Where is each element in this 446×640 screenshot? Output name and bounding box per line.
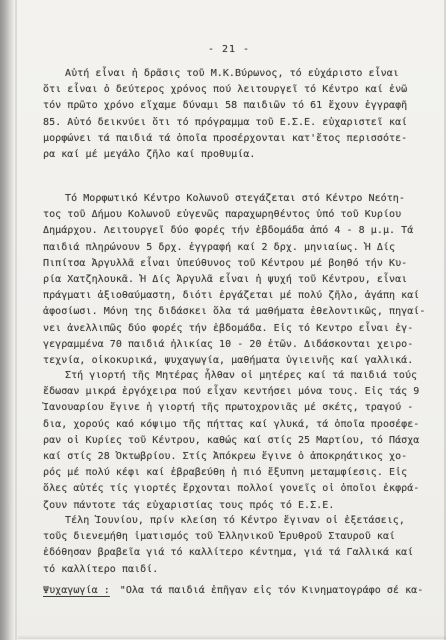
text-line: μορφώνει τά παιδιά τά ὁποῖα προσέρχονται… [43,131,423,147]
text-line: Δημάρχου. Λειτουργεῖ δύο φορές τήν ἑβδομ… [43,223,423,239]
text-line: τος τοῦ Δήμου Κολωνοῦ εὐγενῶς παραχωρηθέ… [43,207,423,223]
text-line: γεγραμμένα 70 παιδιά ἡλικίας 10 - 20 ἐτῶ… [43,337,423,353]
text-line: τοῦς διενεμήθη ἱματισμός τοῦ Ἑλληνικοῦ Ἐ… [43,529,423,545]
paragraph-kolonos-center: Τό Μορφωτικό Κέντρο Κολωνοῦ στεγάζεται σ… [43,191,423,369]
scanned-document-page: - 21 - Αὐτή εἶναι ἡ δρᾶσις τοῦ Μ.Κ.Βύρων… [0,0,446,640]
text-line: Ψυχαγωγία :"Ολα τά παιδιά ἐπῆγαν εἰς τόν… [43,583,423,599]
paragraph-byron-center-activity: Αὐτή εἶναι ἡ δρᾶσις τοῦ Μ.Κ.Βύρωνος, τό … [43,66,423,163]
text-line: Αὐτή εἶναι ἡ δρᾶσις τοῦ Μ.Κ.Βύρωνος, τό … [43,66,423,82]
text-line: ραν οἱ Κυρίες τοῦ Κέντρου, καθώς καί στί… [43,433,423,449]
text-line: δια, χορούς καό κόψιμο τῆς πήττας καί γλ… [43,417,423,433]
scan-fold-line [15,0,17,640]
section-heading-psychagogia: Ψυχαγωγία : [43,585,110,596]
text-line: ζουν πάντοτε τάς εὐχαριστίας τους πρός τ… [43,498,423,514]
text-line: πράγματι ἀξιοθαύμαστη, διότι ἐργάζεται μ… [43,288,423,304]
scan-left-edge-shadow [0,0,14,640]
text-line: τό καλλίτερο παιδί. [43,562,423,578]
text-line: καί στίς 28 Ὀκτωβρίου. Στίς Ἀπόκρεω ἔγιν… [43,449,423,465]
paragraph-exams-awards: Τέλη Ἰουνίου, πρίν κλείση τό Κέντρο ἔγιν… [43,513,423,578]
text-line: ἐδόθησαν βραβεῖα γιά τό καλλίτερο κέντημ… [43,545,423,561]
text-line: Τό Μορφωτικό Κέντρο Κολωνοῦ στεγάζεται σ… [43,191,423,207]
paragraph-celebrations: Στή γιορτή τῆς Μητέρας ἦλθαν οἱ μητέρες … [43,368,423,514]
text-line: Στή γιορτή τῆς Μητέρας ἦλθαν οἱ μητέρες … [43,368,423,384]
text-line: 85. Αὐτό δεικνύει ὅτι τό πρόγραμμα τοῦ Ε… [43,115,423,131]
paragraph-entertainment-section: Ψυχαγωγία :"Ολα τά παιδιά ἐπῆγαν εἰς τόν… [43,583,423,599]
text-line: ἀφοσίωσι. Μόνη της διδάσκει ὅλα τά μαθήμ… [43,304,423,320]
text-line: ὅτι εἶναι ὁ δεύτερος χρόνος πού λειτουργ… [43,82,423,98]
scan-bottom-edge-shadow [18,635,446,639]
page-number: - 21 - [43,44,415,55]
text-line: νει ἀνελλιπῶς δύο φορές τήν ἑβδομάδα. Εἰ… [43,321,423,337]
text-line: Ἰανουαρίου ἔγινε ἡ γιορτή τῆς πρωτοχρονι… [43,400,423,416]
text-line: Τέλη Ἰουνίου, πρίν κλείση τό Κέντρο ἔγιν… [43,513,423,529]
text-line: Πιπίτσα Ἀργυλλᾶ εἶναι ὑπεύθυνος τοῦ Κέντ… [43,256,423,272]
section-text: "Ολα τά παιδιά ἐπῆγαν εἰς τόν Κινηματογρ… [120,585,424,596]
text-line: ρα καί μέ μεγάλο ζῆλο καί προθυμία. [43,147,423,163]
text-line: τεχνία, οἰκοκυρικά, ψυχαγωγία, μαθήματα … [43,353,423,369]
text-line: ἔδωσαν μικρά ἐργόχειρα πού εἶχαν κεντήσε… [43,384,423,400]
text-line: ὅλες αὐτές τίς γιορτές ἔρχονται πολλοί γ… [43,481,423,497]
text-line: ρία Χατζηλουκᾶ. Ἡ Δίς Ἀργυλᾶ εἶναι ἡ ψυχ… [43,272,423,288]
text-line: παιδιά πληρώνουν 5 δρχ. ἐγγραφή καί 2 δρ… [43,240,423,256]
text-line: τόν πρῶτο χρόνο εἴχαμε δύναμι 58 παιδιῶν… [43,98,423,114]
text-line: ρός μέ πολύ κέφι καί ἐβραβεύθη ἡ πιό ἔξυ… [43,465,423,481]
